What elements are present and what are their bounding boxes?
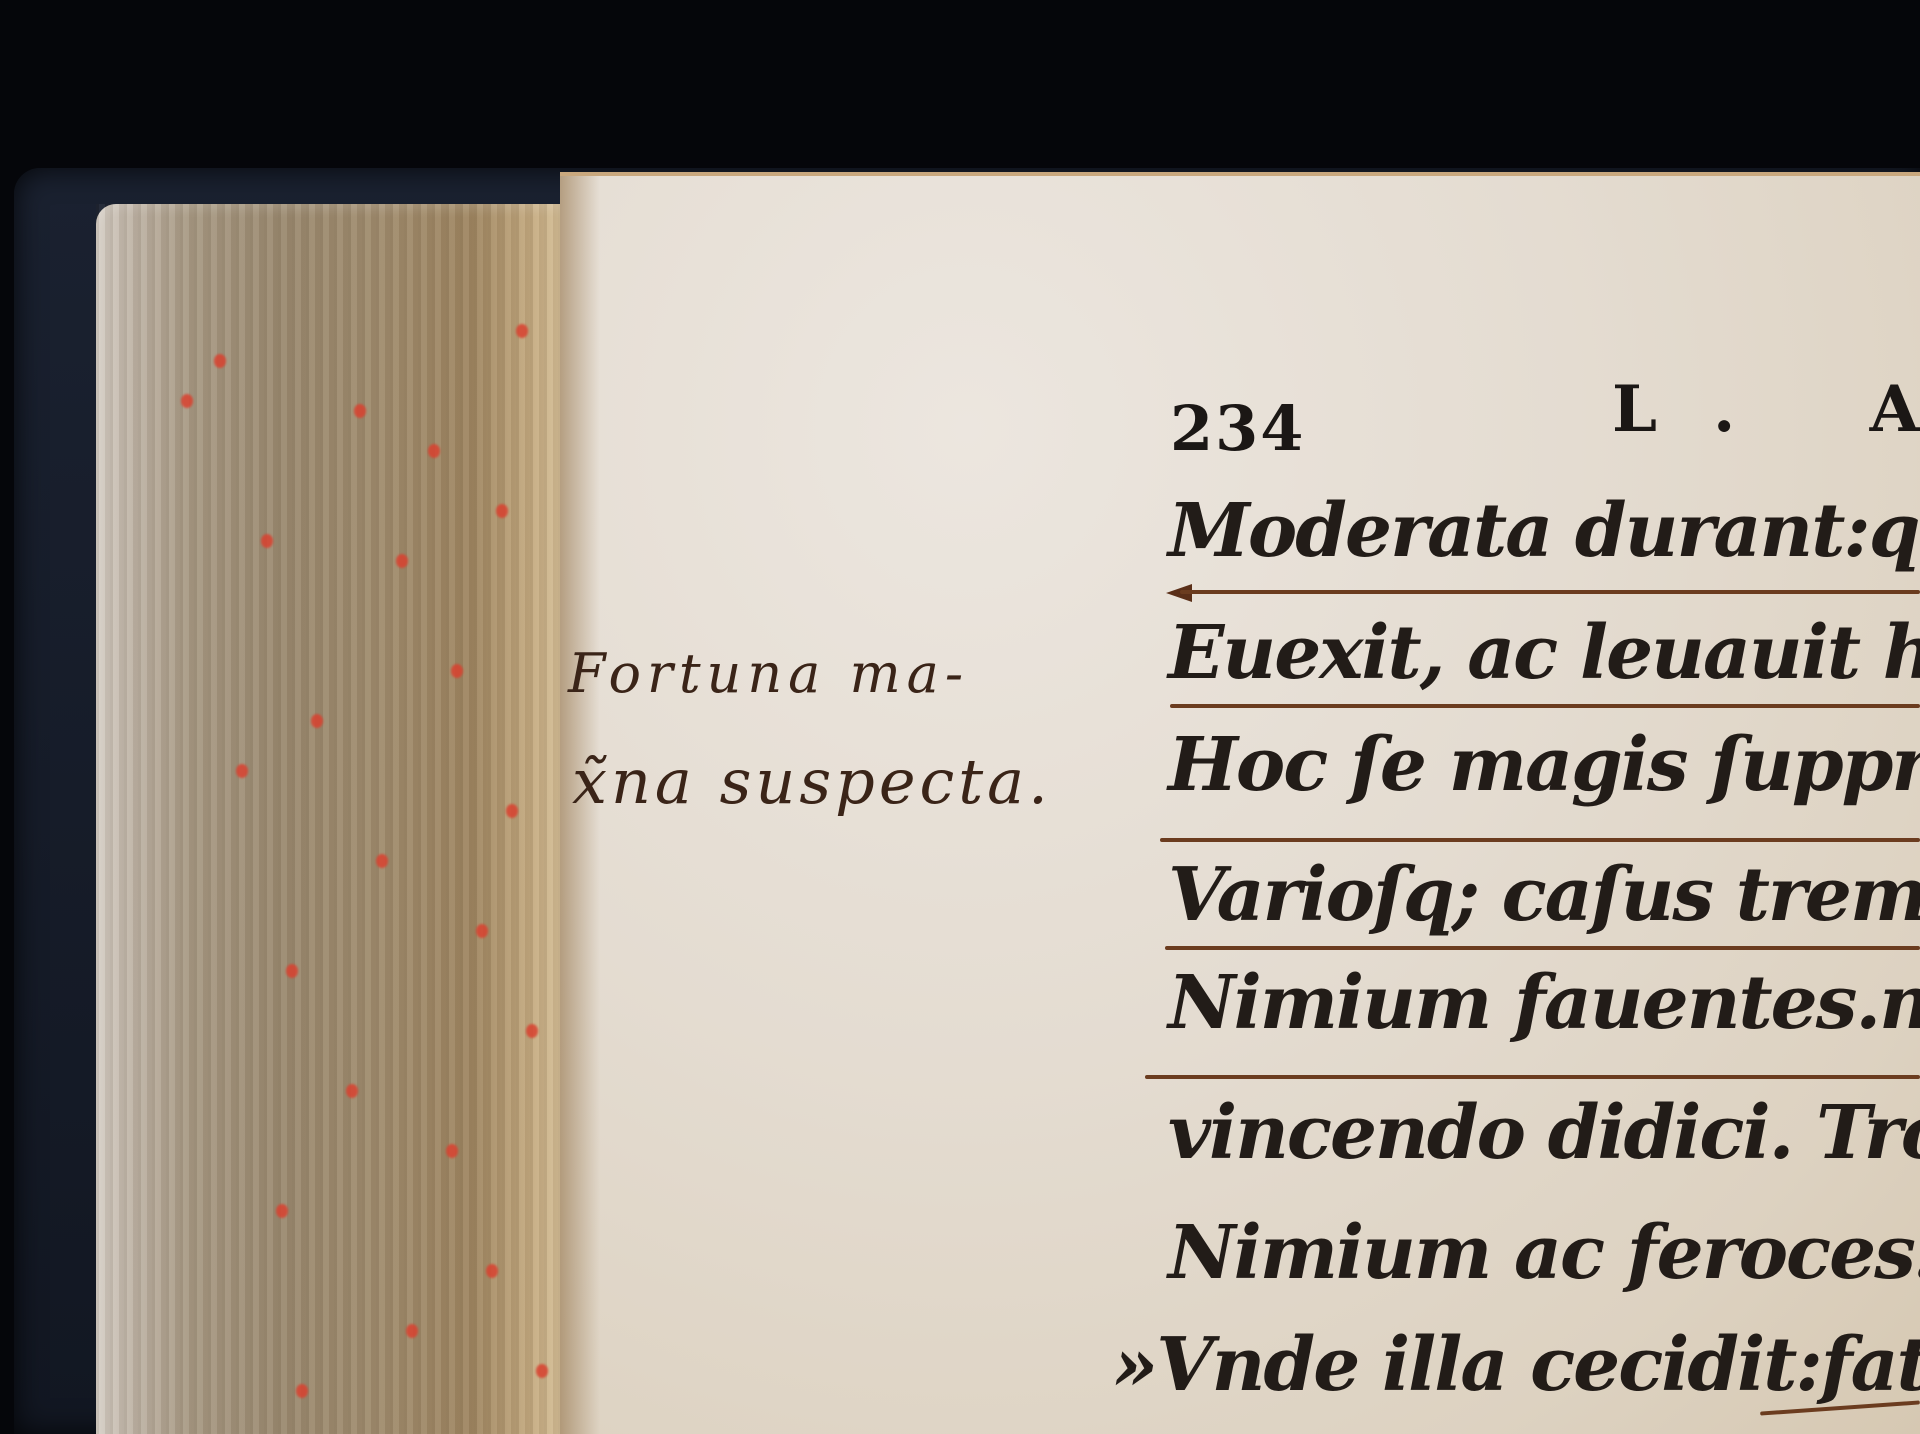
red-speckle — [354, 404, 366, 418]
red-speckle — [276, 1204, 288, 1218]
manuscript-underline — [1180, 590, 1920, 594]
running-head: L. A — [1612, 372, 1920, 447]
marginal-note-line-1: Fortuna ma- — [568, 642, 969, 705]
red-speckle — [236, 764, 248, 778]
red-speckle — [214, 354, 226, 368]
page-edges-speckled — [96, 204, 566, 1434]
manuscript-underline — [1160, 838, 1920, 842]
red-speckle — [428, 444, 440, 458]
red-speckle — [496, 504, 508, 518]
red-speckle — [181, 394, 193, 408]
red-speckle — [451, 664, 463, 678]
red-speckle — [526, 1024, 538, 1038]
red-speckle — [516, 324, 528, 338]
marginal-note-line-2: x̃na suspecta. — [572, 745, 1052, 818]
page-number: 234 — [1170, 392, 1305, 465]
text-line-8: »Vnde illa cecidit:fateo — [1112, 1322, 1920, 1408]
red-speckle — [396, 554, 408, 568]
red-speckle — [346, 1084, 358, 1098]
page-edge-streaks — [96, 204, 566, 1434]
text-line-4: Varioſq; caſus tremer — [1168, 852, 1920, 938]
text-line-5: Nimium fauentes.mag — [1168, 960, 1920, 1046]
text-line-3: Hoc ſe magis ſupprim — [1168, 722, 1920, 808]
red-speckle — [536, 1364, 548, 1378]
text-line-7: Nimium ac feroces:ſta — [1168, 1210, 1920, 1296]
red-speckle — [286, 964, 298, 978]
red-speckle — [296, 1384, 308, 1398]
red-speckle — [476, 924, 488, 938]
manuscript-underline — [1170, 704, 1920, 708]
text-line-2: Euexit, ac leuauit hum — [1168, 610, 1920, 696]
manuscript-underline — [1165, 946, 1920, 950]
red-speckle — [486, 1264, 498, 1278]
red-speckle — [506, 804, 518, 818]
red-speckle — [311, 714, 323, 728]
text-line-6: vincendo didici. Troi — [1168, 1090, 1920, 1176]
red-speckle — [406, 1324, 418, 1338]
manuscript-underline — [1145, 1075, 1920, 1079]
red-speckle — [261, 534, 273, 548]
text-line-1: Moderata durant:quo — [1168, 488, 1920, 574]
red-speckle — [446, 1144, 458, 1158]
red-speckle — [376, 854, 388, 868]
